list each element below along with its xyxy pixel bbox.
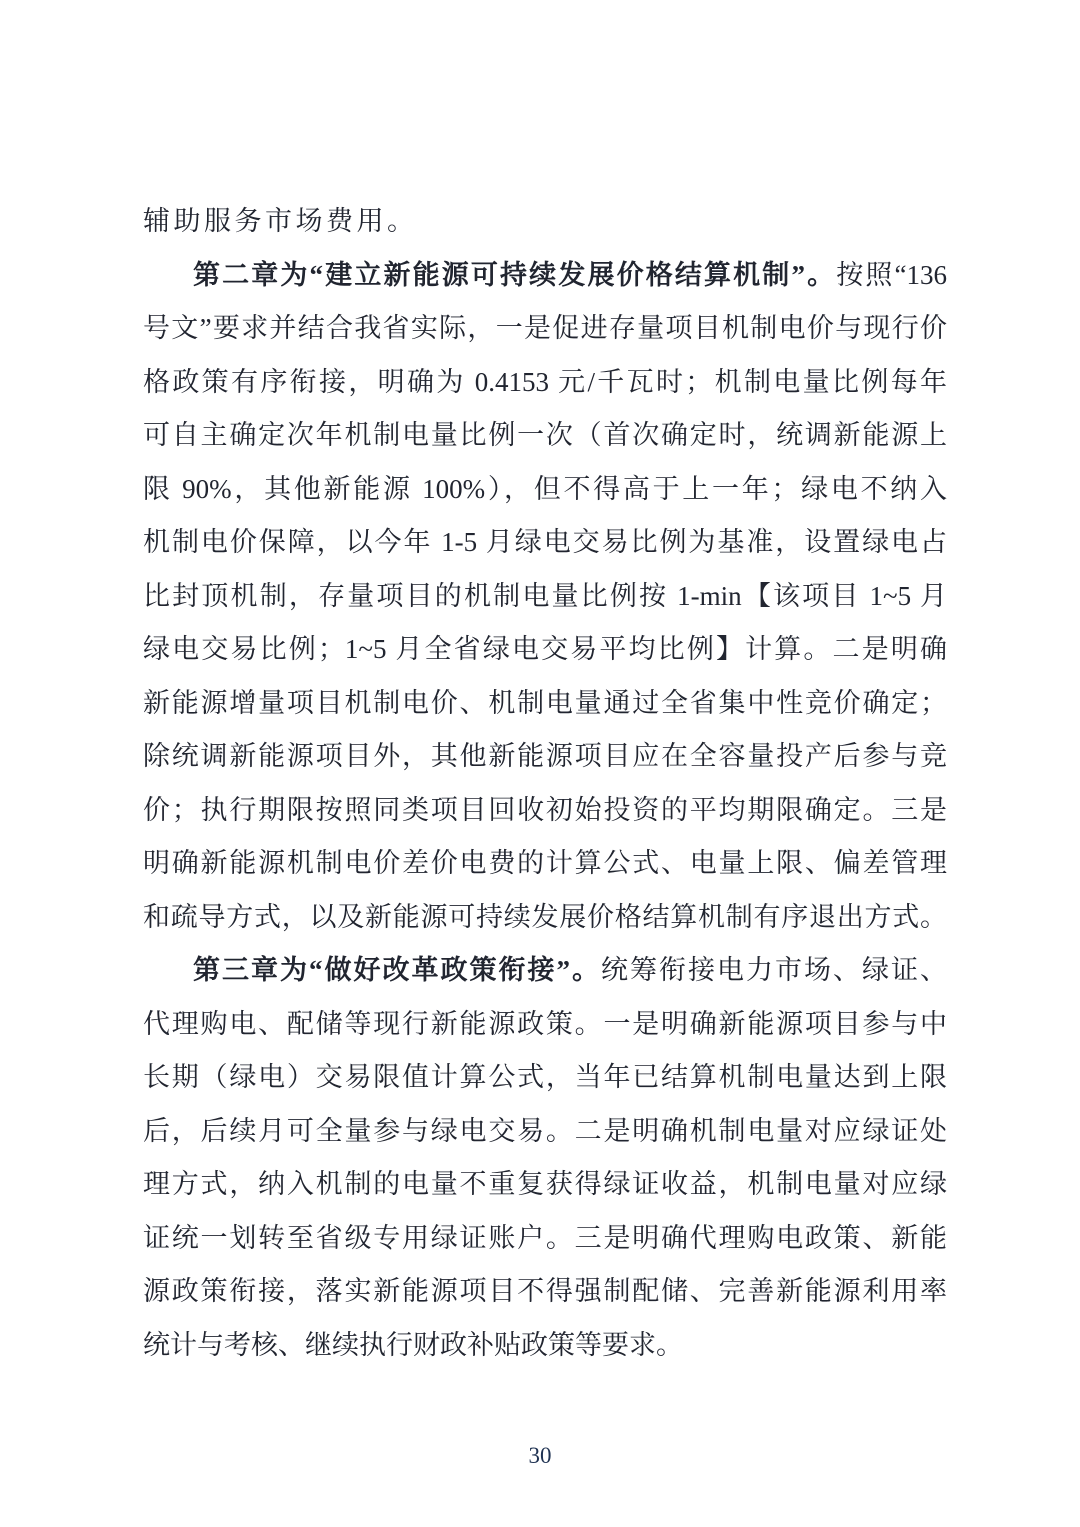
text-line: 代理购电、配储等现行新能源政策。一是明确新能源项目参与中 xyxy=(143,998,947,1052)
text-line: 机制电价保障，以今年 1-5 月绿电交易比例为基准，设置绿电占 xyxy=(143,516,947,570)
text-line: 号文”要求并结合我省实际，一是促进存量项目机制电价与现行价 xyxy=(143,302,947,356)
text-line: 辅助服务市场费用。 xyxy=(143,195,947,249)
body-text: 新能源增量项目机制电价、机制电量通过全省集中性竞价确定； xyxy=(143,688,947,718)
text-line: 长期（绿电）交易限值计算公式，当年已结算机制电量达到上限 xyxy=(143,1051,947,1105)
body-text: 统筹衔接电力市场、绿证、 xyxy=(601,955,947,985)
text-line: 限 90%，其他新能源 100%），但不得高于上一年；绿电不纳入 xyxy=(143,463,947,517)
chapter-heading-text: 第三章为“做好改革政策衔接”。 xyxy=(193,955,601,985)
body-text: 统计与考核、继续执行财政补贴政策等要求。 xyxy=(143,1330,683,1360)
body-text: 限 90%，其他新能源 100%），但不得高于上一年；绿电不纳入 xyxy=(143,474,947,504)
text-line: 源政策衔接，落实新能源项目不得强制配储、完善新能源利用率 xyxy=(143,1265,947,1319)
text-line: 可自主确定次年机制电量比例一次（首次确定时，统调新能源上 xyxy=(143,409,947,463)
text-line: 除统调新能源项目外，其他新能源项目应在全容量投产后参与竞 xyxy=(143,730,947,784)
body-text: 长期（绿电）交易限值计算公式，当年已结算机制电量达到上限 xyxy=(143,1062,947,1092)
text-line: 价；执行期限按照同类项目回收初始投资的平均期限确定。三是 xyxy=(143,784,947,838)
body-text: 机制电价保障，以今年 1-5 月绿电交易比例为基准，设置绿电占 xyxy=(143,527,947,557)
text-line: 比封顶机制，存量项目的机制电量比例按 1-min【该项目 1~5 月 xyxy=(143,570,947,624)
text-line: 理方式，纳入机制的电量不重复获得绿证收益，机制电量对应绿 xyxy=(143,1158,947,1212)
body-text: 可自主确定次年机制电量比例一次（首次确定时，统调新能源上 xyxy=(143,420,947,450)
body-text: 理方式，纳入机制的电量不重复获得绿证收益，机制电量对应绿 xyxy=(143,1169,947,1199)
body-text: 绿电交易比例；1~5 月全省绿电交易平均比例】计算。二是明确 xyxy=(143,634,947,664)
text-line: 新能源增量项目机制电价、机制电量通过全省集中性竞价确定； xyxy=(143,677,947,731)
body-text: 和疏导方式，以及新能源可持续发展价格结算机制有序退出方式。 xyxy=(143,902,947,932)
body-text: 代理购电、配储等现行新能源政策。一是明确新能源项目参与中 xyxy=(143,1009,947,1039)
text-line: 绿电交易比例；1~5 月全省绿电交易平均比例】计算。二是明确 xyxy=(143,623,947,677)
text-line: 格政策有序衔接，明确为 0.4153 元/千瓦时；机制电量比例每年 xyxy=(143,356,947,410)
body-text: 源政策衔接，落实新能源项目不得强制配储、完善新能源利用率 xyxy=(143,1276,947,1306)
body-text: 比封顶机制，存量项目的机制电量比例按 1-min【该项目 1~5 月 xyxy=(143,581,947,611)
text-line: 证统一划转至省级专用绿证账户。三是明确代理购电政策、新能 xyxy=(143,1212,947,1266)
page-number: 30 xyxy=(529,1443,552,1468)
body-text: 价；执行期限按照同类项目回收初始投资的平均期限确定。三是 xyxy=(143,795,947,825)
text-line: 和疏导方式，以及新能源可持续发展价格结算机制有序退出方式。 xyxy=(143,891,947,945)
body-text: 除统调新能源项目外，其他新能源项目应在全容量投产后参与竞 xyxy=(143,741,947,771)
chapter-heading-text: 第二章为“建立新能源可持续发展价格结算机制”。 xyxy=(193,260,836,290)
text-line: 明确新能源机制电价差价电费的计算公式、电量上限、偏差管理 xyxy=(143,837,947,891)
body-text: 号文”要求并结合我省实际，一是促进存量项目机制电价与现行价 xyxy=(143,313,947,343)
body-text: 明确新能源机制电价差价电费的计算公式、电量上限、偏差管理 xyxy=(143,848,947,878)
page-footer: 30 xyxy=(0,1442,1080,1470)
body-text: 格政策有序衔接，明确为 0.4153 元/千瓦时；机制电量比例每年 xyxy=(143,367,947,397)
text-line: 第二章为“建立新能源可持续发展价格结算机制”。按照“136 xyxy=(143,249,947,303)
body-text: 后，后续月可全量参与绿电交易。二是明确机制电量对应绿证处 xyxy=(143,1116,947,1146)
body-text: 按照“136 xyxy=(836,260,947,290)
document-body: 辅助服务市场费用。第二章为“建立新能源可持续发展价格结算机制”。按照“136号文… xyxy=(143,195,947,1372)
body-text: 证统一划转至省级专用绿证账户。三是明确代理购电政策、新能 xyxy=(143,1223,947,1253)
text-line: 第三章为“做好改革政策衔接”。统筹衔接电力市场、绿证、 xyxy=(143,944,947,998)
text-line: 后，后续月可全量参与绿电交易。二是明确机制电量对应绿证处 xyxy=(143,1105,947,1159)
text-line: 统计与考核、继续执行财政补贴政策等要求。 xyxy=(143,1319,947,1373)
body-text: 辅助服务市场费用。 xyxy=(143,206,418,236)
